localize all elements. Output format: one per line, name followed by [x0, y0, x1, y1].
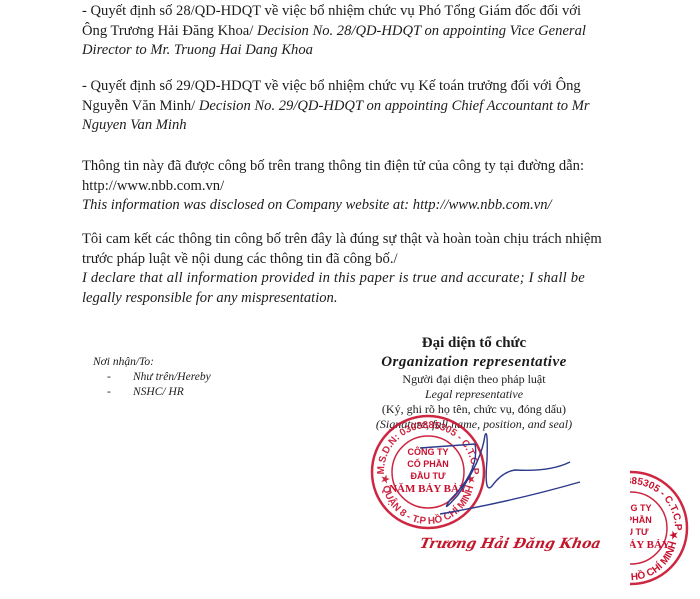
svg-text:CÔNG TY: CÔNG TY	[610, 502, 651, 513]
decision-29: - Quyết định số 29/QD-HDQT về việc bổ nh…	[82, 77, 622, 136]
declaration-vi-1: Tôi cam kết các thông tin công bố trên đ…	[82, 230, 627, 250]
decision-28-line1: - Quyết định số 28/QD-HDQT về việc bổ nh…	[82, 2, 622, 22]
decision-28-en-cont: Director to Mr. Truong Hai Dang Khoa	[82, 41, 622, 61]
declaration-paragraph: Tôi cam kết các thông tin công bố trên đ…	[82, 230, 627, 308]
disclosure-vi: Thông tin này đã được công bố trên trang…	[82, 157, 622, 177]
legal-rep-en: Legal representative	[360, 387, 588, 402]
decision-29-line1: - Quyết định số 29/QD-HDQT về việc bổ nh…	[82, 77, 622, 97]
recipients-label: Nơi nhận/To:	[93, 355, 211, 370]
decision-28: - Quyết định số 28/QD-HDQT về việc bổ nh…	[82, 2, 622, 61]
disclosure-en: This information was disclosed on Compan…	[82, 196, 622, 216]
recipient-item: -NSHC/ HR	[93, 385, 211, 400]
declaration-vi-2: trước pháp luật về nội dung các thông ti…	[82, 250, 627, 270]
svg-text:NĂM BẢY BẢY: NĂM BẢY BẢY	[592, 539, 670, 551]
decision-28-en: Decision No. 28/QD-HDQT on appointing Vi…	[257, 23, 586, 39]
svg-text:CỔ PHẦN: CỔ PHẦN	[610, 514, 652, 525]
declaration-en-1: I declare that all information provided …	[82, 269, 627, 289]
representative-title-vi: Đại diện tổ chức	[360, 334, 588, 353]
decision-29-vi: Nguyễn Văn Minh/	[82, 98, 199, 114]
decision-29-en: Decision No. 29/QD-HDQT on appointing Ch…	[199, 98, 590, 114]
partial-seal-icon: M.S.D.N: 0303885305 - C.T.C.P ★ QUẬN 8 -…	[560, 458, 700, 599]
representative-title-en: Organization representative	[360, 353, 588, 372]
disclosure-paragraph: Thông tin này đã được công bố trên trang…	[82, 157, 622, 216]
recipient-item: -Như trên/Hereby	[93, 370, 211, 385]
svg-text:ĐẦU TƯ: ĐẦU TƯ	[614, 527, 649, 537]
decision-29-en-cont: Nguyen Van Minh	[82, 116, 622, 136]
declaration-en-2: legally responsible for any mispresentat…	[82, 289, 627, 309]
decision-28-vi: Ông Trương Hải Đăng Khoa/	[82, 23, 257, 39]
recipients: Nơi nhận/To: -Như trên/Hereby -NSHC/ HR	[93, 355, 211, 400]
legal-rep-vi: Người đại diện theo pháp luật	[360, 372, 588, 387]
disclosure-link: http://www.nbb.com.vn/	[82, 177, 622, 197]
